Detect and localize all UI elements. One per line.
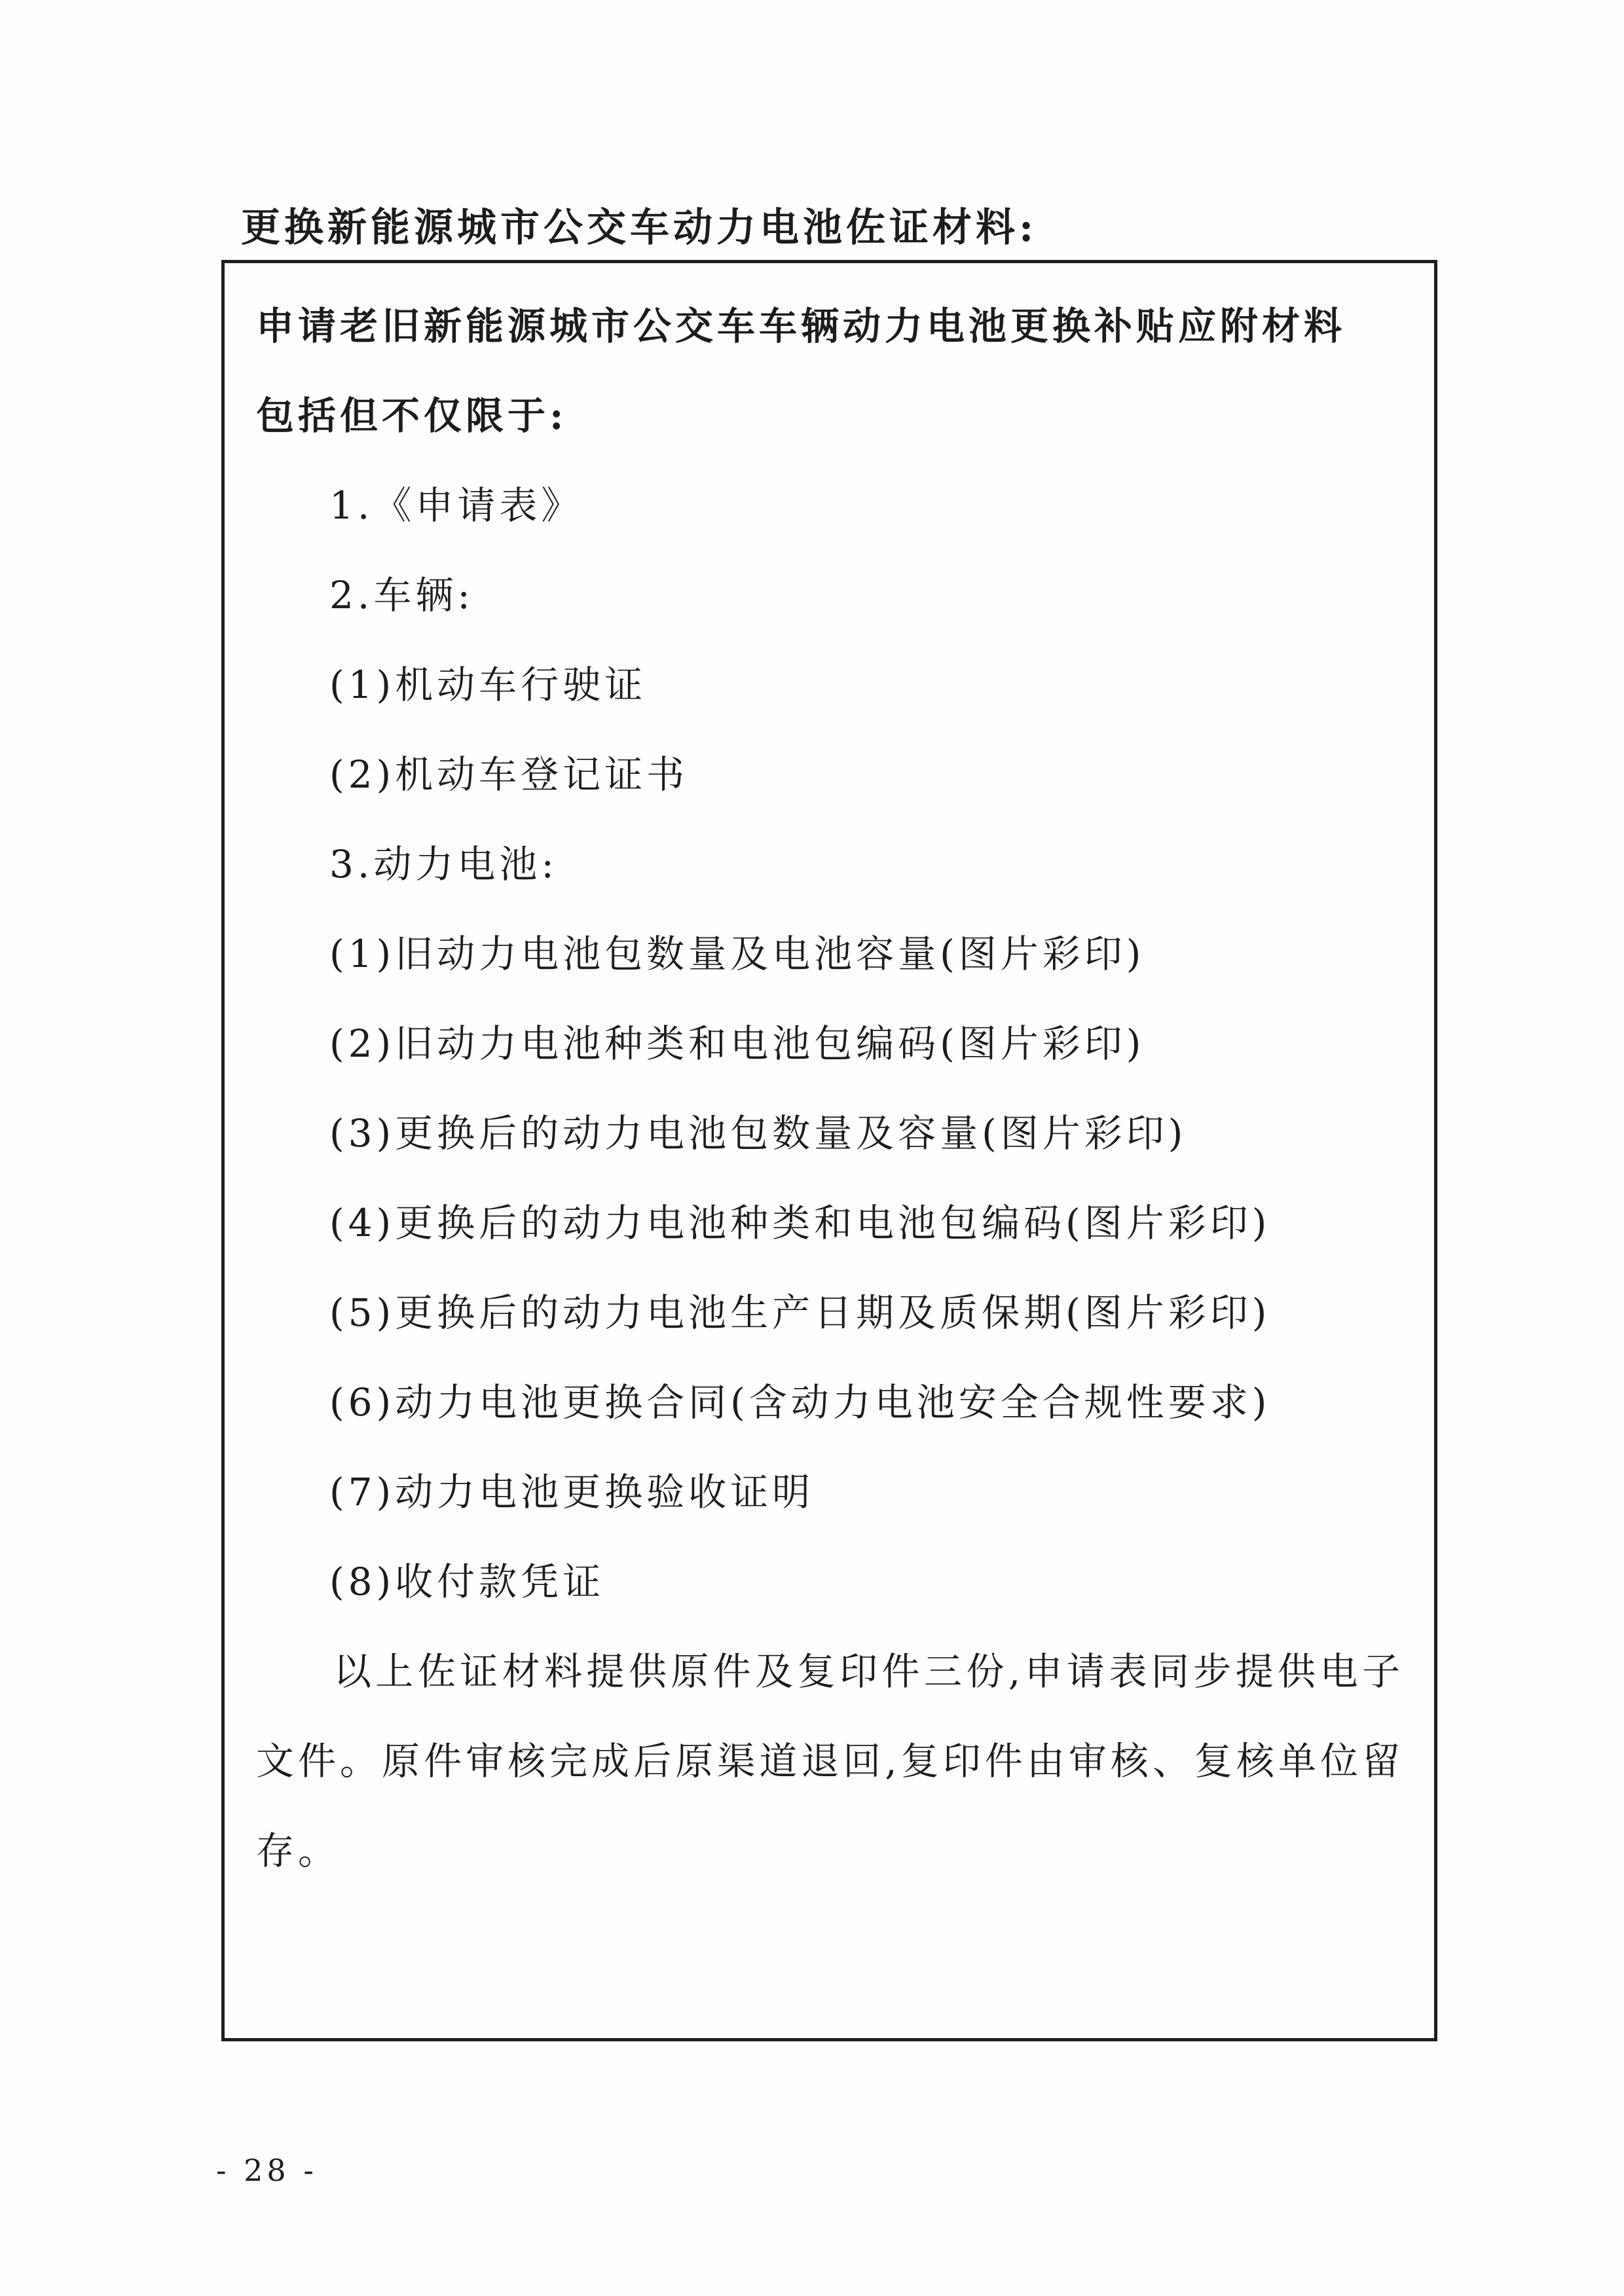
list-item: (1)旧动力电池包数量及电池容量(图片彩印) — [256, 909, 1404, 999]
page-number: - 28 - — [216, 2153, 318, 2188]
materials-box: 申请老旧新能源城市公交车车辆动力电池更换补贴应附材料 包括但不仅限于: 1.《申… — [221, 260, 1437, 2041]
list-item: (6)动力电池更换合同(含动力电池安全合规性要求) — [256, 1358, 1404, 1448]
list-item: 3.动力电池: — [256, 820, 1404, 909]
list-item: (4)更换后的动力电池种类和电池包编码(图片彩印) — [256, 1178, 1404, 1268]
list-item: (5)更换后的动力电池生产日期及质保期(图片彩印) — [256, 1268, 1404, 1358]
list-item: 2.车辆: — [256, 551, 1404, 640]
list-item: (8)收付款凭证 — [256, 1537, 1404, 1627]
list-item: (2)机动车登记证书 — [256, 730, 1404, 820]
document-title: 更换新能源城市公交车动力电池佐证材料: — [241, 196, 1037, 253]
list-item: (1)机动车行驶证 — [256, 640, 1404, 730]
closing-paragraph: 以上佐证材料提供原件及复印件三份,申请表同步提供电子文件。原件审核完成后原渠道退… — [256, 1627, 1404, 1896]
intro-line-1: 申请老旧新能源城市公交车车辆动力电池更换补贴应附材料 — [256, 282, 1404, 371]
list-item: (7)动力电池更换验收证明 — [256, 1448, 1404, 1537]
document-page: 更换新能源城市公交车动力电池佐证材料: 申请老旧新能源城市公交车车辆动力电池更换… — [0, 0, 1624, 2296]
intro-line-2: 包括但不仅限于: — [256, 371, 1404, 461]
list-item: (3)更换后的动力电池包数量及容量(图片彩印) — [256, 1089, 1404, 1178]
list-item: (2)旧动力电池种类和电池包编码(图片彩印) — [256, 999, 1404, 1089]
list-item: 1.《申请表》 — [256, 461, 1404, 551]
